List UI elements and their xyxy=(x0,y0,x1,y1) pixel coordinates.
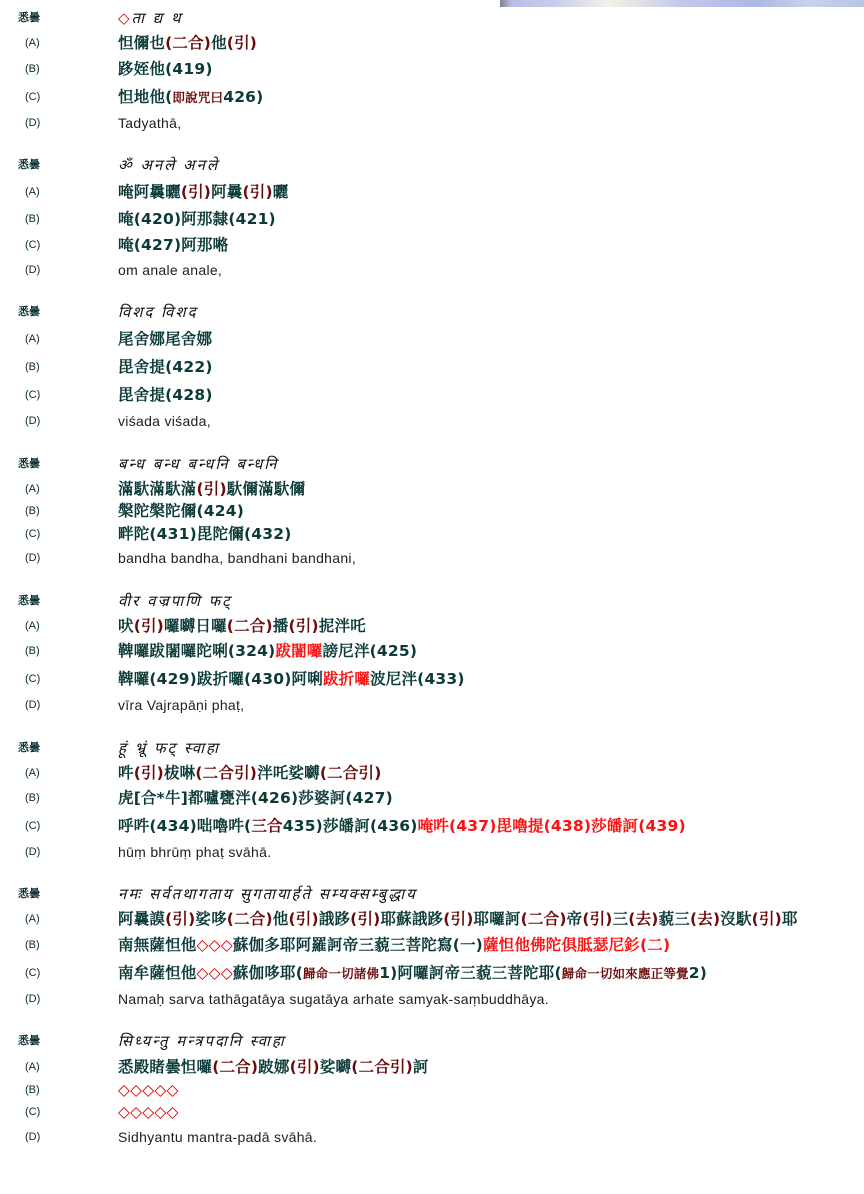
chinese-text: 抳泮吒 xyxy=(319,617,366,635)
annotation-note: (引) xyxy=(752,910,782,928)
annotation-note: (引) xyxy=(134,617,164,635)
chinese-text: 虎[合*牛]都嚧甕泮(426)莎婆訶(427) xyxy=(118,789,393,807)
chinese-transliteration: 跢姪他(419) xyxy=(118,58,213,80)
version-a-label: (A) xyxy=(25,762,85,784)
highlighted-variant: 薩怛他佛陀俱胝瑟尼釤(二) xyxy=(483,936,670,954)
version-c-label: (C) xyxy=(25,384,85,406)
annotation-note: (二合) xyxy=(521,910,567,928)
missing-char-diamond: ◇ xyxy=(118,9,132,27)
chinese-text: 囉嚩日囉 xyxy=(164,617,227,635)
version-c-row: (C)呼吽(434)咄嚕吽(三合435)莎皤訶(436)唵吽(437)毘嚕提(4… xyxy=(0,815,864,837)
siddham-script: विशद विशद xyxy=(118,301,198,323)
missing-char-diamond: ◇◇◇◇◇ xyxy=(118,1103,179,1121)
siddham-label: 悉曇 xyxy=(18,154,78,176)
chinese-text: 毘舍提(422) xyxy=(118,358,213,376)
chinese-text: 曬 xyxy=(273,183,289,201)
chinese-text: 耶蘇誐跢 xyxy=(380,910,443,928)
highlighted-variant: 跋闍囉 xyxy=(275,642,322,660)
annotation-note: (引) xyxy=(443,910,473,928)
version-d-row: (D)hūṃ bhrūṃ phaṭ svāhā. xyxy=(0,841,864,863)
siddham-glyphs: विशद विशद xyxy=(118,303,198,321)
siddham-row: 悉曇वीर वज्रपाणि फट् xyxy=(0,590,864,612)
romanized-sanskrit: om anale anale, xyxy=(118,259,222,281)
version-a-row: (A)阿曩謨(引)娑哆(二合)他(引)誐跢(引)耶蘇誐跢(引)耶囉訶(二合)帝(… xyxy=(0,908,864,930)
version-d-row: (D)Sidhyantu mantra-padā svāhā. xyxy=(0,1126,864,1148)
chinese-text: 2) xyxy=(689,964,707,982)
siddham-script: ◇ता द्य थ xyxy=(118,7,183,29)
siddham-script: ॐ अनले अनले xyxy=(118,154,219,176)
version-d-label: (D) xyxy=(25,547,85,569)
annotation-note: (二合) xyxy=(227,910,273,928)
siddham-label: 悉曇 xyxy=(18,883,78,905)
annotation-note: (二合引) xyxy=(320,764,382,782)
chinese-transliteration: 南無薩怛他◇◇◇蘇伽多耶阿羅訶帝三藐三菩陀寫(一)薩怛他佛陀俱胝瑟尼釤(二) xyxy=(118,934,670,956)
version-a-label: (A) xyxy=(25,1056,85,1078)
annotation-note: (引) xyxy=(197,480,227,498)
version-a-label: (A) xyxy=(25,181,85,203)
version-d-label: (D) xyxy=(25,988,85,1010)
chinese-text: 唵(427)阿那𠺝 xyxy=(118,236,228,254)
version-b-label: (B) xyxy=(25,787,85,809)
version-b-row: (B)槃陀槃陀儞(424) xyxy=(0,500,864,522)
annotation-note: (去) xyxy=(628,910,658,928)
chinese-transliteration: 唵(420)阿那隸(421) xyxy=(118,208,276,230)
version-b-label: (B) xyxy=(25,356,85,378)
chinese-text: 馱儞滿馱儞 xyxy=(227,480,306,498)
annotation-note: (引) xyxy=(181,183,211,201)
chinese-text: 南無薩怛他 xyxy=(118,936,197,954)
annotation-note: (引) xyxy=(165,910,195,928)
chinese-text: 訶 xyxy=(413,1058,429,1076)
siddham-label: 悉曇 xyxy=(18,7,78,29)
siddham-label: 悉曇 xyxy=(18,301,78,323)
chinese-text: 怛儞也 xyxy=(118,34,165,52)
chinese-text: 尾舍娜尾舍娜 xyxy=(118,330,212,348)
missing-char-diamond: ◇◇◇ xyxy=(197,964,233,982)
version-b-row: (B)虎[合*牛]都嚧甕泮(426)莎婆訶(427) xyxy=(0,787,864,809)
siddham-row: 悉曇नमः सर्वतथागताय सुगतायार्हते सम्यक्सम्… xyxy=(0,883,864,905)
chinese-transliteration: ◇◇◇◇◇ xyxy=(118,1101,179,1123)
chinese-text: 娑哆 xyxy=(195,910,226,928)
annotation-gloss: 歸命一切如來應正等覺 xyxy=(562,966,689,981)
chinese-transliteration: 吠(引)囉嚩日囉(二合)播(引)抳泮吒 xyxy=(118,615,366,637)
siddham-label: 悉曇 xyxy=(18,737,78,759)
annotation-note: (二合) xyxy=(212,1058,258,1076)
version-b-row: (B)跢姪他(419) xyxy=(0,58,864,80)
chinese-transliteration: 毘舍提(422) xyxy=(118,356,213,378)
version-a-label: (A) xyxy=(25,328,85,350)
chinese-transliteration: 尾舍娜尾舍娜 xyxy=(118,328,212,350)
version-a-label: (A) xyxy=(25,478,85,500)
annotation-note: (引) xyxy=(288,910,318,928)
version-c-label: (C) xyxy=(25,962,85,984)
siddham-glyphs: हूं भ्रूं फट् स्वाहा xyxy=(118,739,220,757)
chinese-transliteration: 怛儞也(二合)他(引) xyxy=(118,32,257,54)
missing-char-diamond: ◇◇◇ xyxy=(197,936,233,954)
chinese-text: 怛地他( xyxy=(118,88,172,106)
version-c-row: (C)南牟薩怛他◇◇◇蘇伽哆耶(歸命一切諸佛1)阿囉訶帝三藐三菩陀耶(歸命一切如… xyxy=(0,962,864,984)
chinese-transliteration: 虎[合*牛]都嚧甕泮(426)莎婆訶(427) xyxy=(118,787,393,809)
chinese-transliteration: 滿馱滿馱滿(引)馱儞滿馱儞 xyxy=(118,478,305,500)
chinese-text: 三 xyxy=(613,910,629,928)
version-c-row: (C)唵(427)阿那𠺝 xyxy=(0,234,864,256)
annotation-note: (去) xyxy=(690,910,720,928)
version-a-row: (A)尾舍娜尾舍娜 xyxy=(0,328,864,350)
romanized-sanskrit: Namaḥ sarva tathāgatāya sugatāya arhate … xyxy=(118,988,549,1010)
chinese-transliteration: 呼吽(434)咄嚕吽(三合435)莎皤訶(436)唵吽(437)毘嚕提(438)… xyxy=(118,815,686,837)
siddham-glyphs: ॐ अनले अनले xyxy=(118,156,219,174)
chinese-transliteration: 悉殿睹曇怛囉(二合)跛娜(引)娑嚩(二合引)訶 xyxy=(118,1056,429,1078)
header-image-strip xyxy=(500,0,864,7)
version-b-label: (B) xyxy=(25,1079,85,1101)
highlighted-variant: 跋折囉 xyxy=(323,670,370,688)
romanized-sanskrit: viśada viśada, xyxy=(118,410,211,432)
version-c-label: (C) xyxy=(25,86,85,108)
romanized-sanskrit: Tadyathā, xyxy=(118,112,181,134)
version-b-row: (B)鞞囉跋闍囉陀唎(324)跋闍囉謗尼泮(425) xyxy=(0,640,864,662)
version-c-label: (C) xyxy=(25,815,85,837)
version-d-row: (D)Tadyathā, xyxy=(0,112,864,134)
chinese-text: 呼吽(434)咄嚕吽( xyxy=(118,817,251,835)
chinese-text: 吽 xyxy=(118,764,134,782)
chinese-text: 波尼泮(433) xyxy=(370,670,465,688)
chinese-transliteration: 唵阿曩曬(引)阿曩(引)曬 xyxy=(118,181,288,203)
version-a-row: (A)悉殿睹曇怛囉(二合)跛娜(引)娑嚩(二合引)訶 xyxy=(0,1056,864,1078)
version-d-label: (D) xyxy=(25,1126,85,1148)
annotation-gloss: 歸命一切諸佛 xyxy=(303,966,379,981)
romanized-sanskrit: vīra Vajrapāṇi phaṭ, xyxy=(118,694,244,716)
siddham-label: 悉曇 xyxy=(18,453,78,475)
version-a-row: (A)滿馱滿馱滿(引)馱儞滿馱儞 xyxy=(0,478,864,500)
annotation-note: (二合引) xyxy=(195,764,257,782)
version-d-row: (D)viśada viśada, xyxy=(0,410,864,432)
annotation-note: (引) xyxy=(288,617,318,635)
chinese-text: 426) xyxy=(223,88,263,106)
version-a-row: (A)怛儞也(二合)他(引) xyxy=(0,32,864,54)
chinese-text: 1)阿囉訶帝三藐三菩陀耶( xyxy=(379,964,562,982)
chinese-text: 誐跢 xyxy=(319,910,350,928)
chinese-text: 唵(420)阿那隸(421) xyxy=(118,210,276,228)
version-a-label: (A) xyxy=(25,908,85,930)
chinese-text: 跢姪他(419) xyxy=(118,60,213,78)
version-d-label: (D) xyxy=(25,112,85,134)
siddham-glyphs: बन्ध बन्ध बन्धनि बन्धनि xyxy=(118,455,279,473)
version-a-label: (A) xyxy=(25,615,85,637)
version-a-label: (A) xyxy=(25,32,85,54)
version-b-row: (B)唵(420)阿那隸(421) xyxy=(0,208,864,230)
version-d-row: (D)om anale anale, xyxy=(0,259,864,281)
chinese-text: 槃陀槃陀儞(424) xyxy=(118,502,244,520)
chinese-transliteration: 唵(427)阿那𠺝 xyxy=(118,234,228,256)
siddham-row: 悉曇हूं भ्रूं फट् स्वाहा xyxy=(0,737,864,759)
version-b-row: (B)南無薩怛他◇◇◇蘇伽多耶阿羅訶帝三藐三菩陀寫(一)薩怛他佛陀俱胝瑟尼釤(二… xyxy=(0,934,864,956)
version-b-row: (B)◇◇◇◇◇ xyxy=(0,1079,864,1101)
chinese-text: 跛娜 xyxy=(258,1058,289,1076)
annotation-gloss: 即說咒曰 xyxy=(172,90,223,105)
romanized-sanskrit: hūṃ bhrūṃ phaṭ svāhā. xyxy=(118,841,271,863)
chinese-text: 帝 xyxy=(567,910,583,928)
chinese-text: 娑嚩 xyxy=(320,1058,351,1076)
annotation-note: (二合引) xyxy=(351,1058,413,1076)
siddham-label: 悉曇 xyxy=(18,1030,78,1052)
version-b-label: (B) xyxy=(25,500,85,522)
annotation-note: (二合) xyxy=(227,617,273,635)
siddham-script: हूं भ्रूं फट् स्वाहा xyxy=(118,737,220,759)
chinese-text: 鞞囉跋闍囉陀唎(324) xyxy=(118,642,275,660)
missing-char-diamond: ◇◇◇◇◇ xyxy=(118,1081,179,1099)
chinese-transliteration: 阿曩謨(引)娑哆(二合)他(引)誐跢(引)耶蘇誐跢(引)耶囉訶(二合)帝(引)三… xyxy=(118,908,798,930)
siddham-row: 悉曇बन्ध बन्ध बन्धनि बन्धनि xyxy=(0,453,864,475)
siddham-script: सिध्यन्तु मन्त्रपदानि स्वाहा xyxy=(118,1030,286,1052)
siddham-glyphs: सिध्यन्तु मन्त्रपदानि स्वाहा xyxy=(118,1032,286,1050)
siddham-script: बन्ध बन्ध बन्धनि बन्धनि xyxy=(118,453,279,475)
chinese-transliteration: ◇◇◇◇◇ xyxy=(118,1079,179,1101)
version-c-row: (C)毘舍提(428) xyxy=(0,384,864,406)
siddham-row: 悉曇◇ता द्य थ xyxy=(0,7,864,29)
version-d-label: (D) xyxy=(25,694,85,716)
chinese-text: 柭啉 xyxy=(164,764,195,782)
chinese-text: 吠 xyxy=(118,617,134,635)
version-d-row: (D)bandha bandha, bandhani bandhani, xyxy=(0,547,864,569)
version-c-label: (C) xyxy=(25,1101,85,1123)
version-d-label: (D) xyxy=(25,259,85,281)
chinese-text: 阿曩 xyxy=(211,183,242,201)
annotation-note: (引) xyxy=(350,910,380,928)
version-b-label: (B) xyxy=(25,208,85,230)
chinese-text: 鞞囉(429)跋折囉(430)阿唎 xyxy=(118,670,323,688)
siddham-glyphs: वीर वज्रपाणि फट् xyxy=(118,592,232,610)
romanized-sanskrit: Sidhyantu mantra-padā svāhā. xyxy=(118,1126,317,1148)
chinese-text: 唵阿曩曬 xyxy=(118,183,181,201)
version-c-label: (C) xyxy=(25,234,85,256)
chinese-text: 蘇伽哆耶( xyxy=(233,964,303,982)
siddham-row: 悉曇विशद विशद xyxy=(0,301,864,323)
chinese-text: 南牟薩怛他 xyxy=(118,964,197,982)
version-d-label: (D) xyxy=(25,410,85,432)
chinese-text: 435)莎皤訶(436) xyxy=(283,817,418,835)
version-c-label: (C) xyxy=(25,523,85,545)
siddham-row: 悉曇ॐ अनले अनले xyxy=(0,154,864,176)
version-c-row: (C)◇◇◇◇◇ xyxy=(0,1101,864,1123)
version-b-row: (B)毘舍提(422) xyxy=(0,356,864,378)
chinese-text: 阿曩謨 xyxy=(118,910,165,928)
chinese-text: 毘舍提(428) xyxy=(118,386,213,404)
siddham-label: 悉曇 xyxy=(18,590,78,612)
chinese-text: 滿馱滿馱滿 xyxy=(118,480,197,498)
romanized-sanskrit: bandha bandha, bandhani bandhani, xyxy=(118,547,356,569)
chinese-transliteration: 怛地他(即說咒曰426) xyxy=(118,86,263,108)
chinese-text: 悉殿睹曇怛囉 xyxy=(118,1058,212,1076)
chinese-text: 耶囉訶 xyxy=(474,910,521,928)
annotation-note: 三合 xyxy=(251,817,282,835)
version-c-label: (C) xyxy=(25,668,85,690)
chinese-text: 他 xyxy=(273,910,289,928)
version-b-label: (B) xyxy=(25,934,85,956)
version-d-row: (D)vīra Vajrapāṇi phaṭ, xyxy=(0,694,864,716)
chinese-text: 謗尼泮(425) xyxy=(323,642,418,660)
version-c-row: (C)怛地他(即說咒曰426) xyxy=(0,86,864,108)
version-a-row: (A)唵阿曩曬(引)阿曩(引)曬 xyxy=(0,181,864,203)
annotation-note: (引) xyxy=(227,34,257,52)
chinese-text: 播 xyxy=(273,617,289,635)
siddham-script: नमः सर्वतथागताय सुगतायार्हते सम्यक्सम्बु… xyxy=(118,883,417,905)
siddham-row: 悉曇सिध्यन्तु मन्त्रपदानि स्वाहा xyxy=(0,1030,864,1052)
chinese-text: 蘇伽多耶阿羅訶帝三藐三菩陀寫(一) xyxy=(233,936,483,954)
chinese-text: 畔陀(431)毘陀儞(432) xyxy=(118,525,292,543)
highlighted-variant: 唵吽(437)毘嚕提(438)莎皤訶(439) xyxy=(418,817,686,835)
version-c-row: (C)畔陀(431)毘陀儞(432) xyxy=(0,523,864,545)
siddham-glyphs: नमः सर्वतथागताय सुगतायार्हते सम्यक्सम्बु… xyxy=(118,885,417,903)
version-d-label: (D) xyxy=(25,841,85,863)
version-c-row: (C)鞞囉(429)跋折囉(430)阿唎跋折囉波尼泮(433) xyxy=(0,668,864,690)
chinese-text: 沒馱 xyxy=(720,910,751,928)
chinese-transliteration: 南牟薩怛他◇◇◇蘇伽哆耶(歸命一切諸佛1)阿囉訶帝三藐三菩陀耶(歸命一切如來應正… xyxy=(118,962,707,984)
chinese-transliteration: 吽(引)柭啉(二合引)泮吒娑嚩(二合引) xyxy=(118,762,382,784)
chinese-transliteration: 畔陀(431)毘陀儞(432) xyxy=(118,523,292,545)
annotation-note: (引) xyxy=(134,764,164,782)
annotation-note: (引) xyxy=(243,183,273,201)
chinese-text: 泮吒娑嚩 xyxy=(257,764,320,782)
chinese-transliteration: 毘舍提(428) xyxy=(118,384,213,406)
chinese-transliteration: 槃陀槃陀儞(424) xyxy=(118,500,244,522)
chinese-transliteration: 鞞囉(429)跋折囉(430)阿唎跋折囉波尼泮(433) xyxy=(118,668,465,690)
chinese-transliteration: 鞞囉跋闍囉陀唎(324)跋闍囉謗尼泮(425) xyxy=(118,640,417,662)
annotation-note: (引) xyxy=(582,910,612,928)
annotation-note: (引) xyxy=(290,1058,320,1076)
annotation-note: (二合) xyxy=(165,34,211,52)
chinese-text: 藐三 xyxy=(659,910,690,928)
version-b-label: (B) xyxy=(25,58,85,80)
version-b-label: (B) xyxy=(25,640,85,662)
version-a-row: (A)吠(引)囉嚩日囉(二合)播(引)抳泮吒 xyxy=(0,615,864,637)
version-a-row: (A)吽(引)柭啉(二合引)泮吒娑嚩(二合引) xyxy=(0,762,864,784)
chinese-text: 他 xyxy=(211,34,227,52)
siddham-glyphs: ता द्य थ xyxy=(132,9,183,27)
version-d-row: (D)Namaḥ sarva tathāgatāya sugatāya arha… xyxy=(0,988,864,1010)
siddham-script: वीर वज्रपाणि फट् xyxy=(118,590,232,612)
chinese-text: 耶 xyxy=(782,910,798,928)
